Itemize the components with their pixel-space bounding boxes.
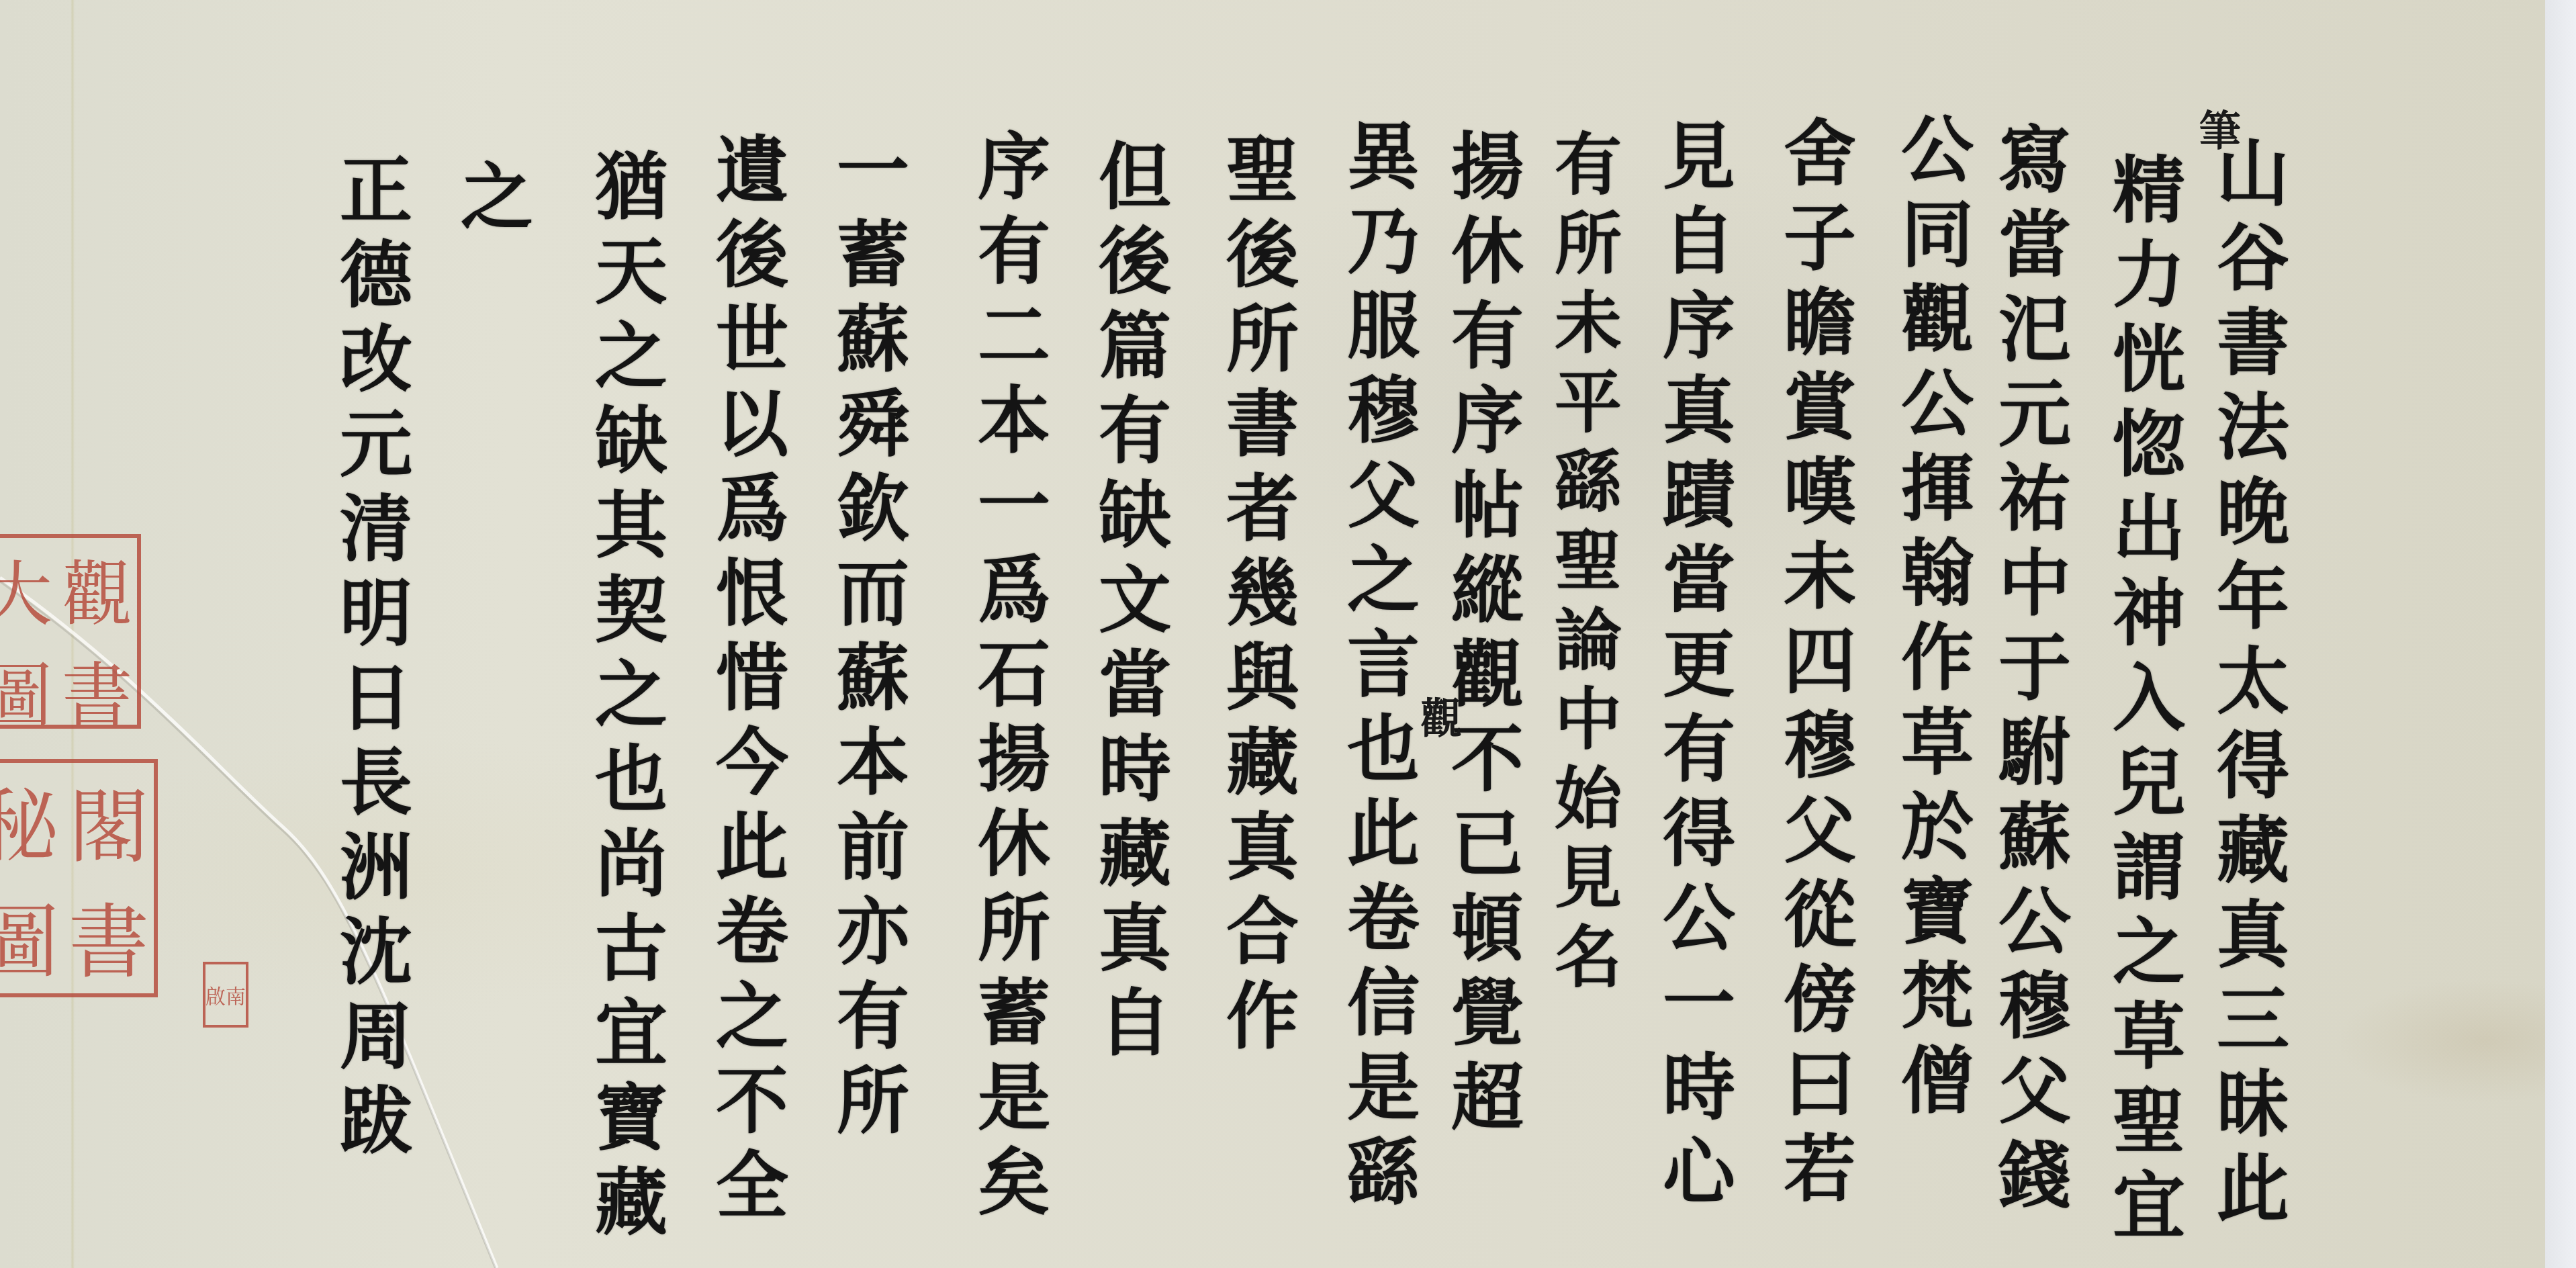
character: 瞻 bbox=[1784, 287, 1856, 371]
text-column: 寫當汜元祐中于駙蘇公穆父錢 bbox=[1994, 124, 2075, 1224]
character: 父 bbox=[1784, 795, 1856, 879]
character: 天 bbox=[595, 236, 668, 320]
character: 猶 bbox=[595, 151, 668, 236]
seal-char: 圖 bbox=[0, 639, 57, 741]
character: 所 bbox=[837, 1065, 909, 1150]
character: 寶 bbox=[1901, 876, 1974, 960]
character: 有 bbox=[1099, 395, 1171, 480]
character: 入 bbox=[2113, 662, 2185, 747]
character: 真 bbox=[1663, 375, 1735, 459]
character: 後 bbox=[1226, 219, 1299, 304]
character: 繇 bbox=[1347, 1136, 1420, 1221]
seal-char: 圖 bbox=[0, 878, 64, 994]
character: 篇 bbox=[1099, 310, 1171, 395]
seal-char: 書 bbox=[64, 878, 154, 994]
character: 本 bbox=[837, 727, 909, 811]
character: 書 bbox=[1226, 388, 1299, 473]
character: 同 bbox=[1901, 199, 1974, 283]
character: 穆 bbox=[1784, 710, 1856, 795]
text-column: 山谷書法晚年太得藏真三昧此 bbox=[2213, 138, 2293, 1238]
character: 駙 bbox=[1998, 717, 2071, 801]
character: 舍 bbox=[1784, 118, 1856, 202]
character: 乃 bbox=[1347, 206, 1420, 290]
character: 晚 bbox=[2217, 476, 2289, 561]
character: 平 bbox=[1555, 369, 1622, 448]
character: 合 bbox=[1226, 896, 1299, 981]
character: 沈 bbox=[340, 916, 412, 1001]
character: 藏 bbox=[1226, 727, 1299, 811]
character: 古 bbox=[595, 913, 668, 997]
character: 契 bbox=[595, 574, 668, 659]
character: 文 bbox=[1099, 564, 1171, 649]
character: 傍 bbox=[1784, 964, 1856, 1048]
collector-seal-large: 大 觀 圖 書 bbox=[0, 534, 141, 729]
character: 父 bbox=[1347, 459, 1420, 544]
character: 正 bbox=[340, 154, 412, 239]
character: 于 bbox=[1998, 632, 2071, 717]
character: 神 bbox=[2113, 578, 2185, 662]
seal-char: 大 bbox=[0, 538, 57, 639]
character: 錢 bbox=[1998, 1140, 2071, 1224]
character: 之 bbox=[716, 981, 788, 1065]
character: 寶 bbox=[595, 1082, 668, 1167]
character: 序 bbox=[978, 131, 1050, 216]
character: 時 bbox=[1099, 733, 1171, 818]
character: 出 bbox=[2113, 493, 2185, 578]
character: 始 bbox=[1555, 765, 1622, 844]
character: 本 bbox=[978, 385, 1050, 469]
character: 見 bbox=[1663, 121, 1735, 206]
character: 兒 bbox=[2113, 747, 2185, 831]
character: 寫 bbox=[1998, 124, 2071, 209]
character: 欽 bbox=[837, 473, 909, 557]
character: 是 bbox=[978, 1062, 1050, 1146]
character: 宜 bbox=[2113, 1170, 2185, 1255]
character: 此 bbox=[1347, 798, 1420, 882]
character: 服 bbox=[1347, 290, 1420, 375]
character: 一 bbox=[837, 134, 909, 219]
character: 藏 bbox=[2217, 815, 2289, 899]
character: 若 bbox=[1784, 1133, 1856, 1218]
text-column: 序有二本一爲石揚休所蓄是矣 bbox=[974, 131, 1054, 1231]
character: 中 bbox=[1555, 686, 1622, 765]
character: 於 bbox=[1901, 791, 1974, 876]
character: 序 bbox=[1663, 290, 1735, 375]
character: 此 bbox=[2217, 1153, 2289, 1238]
character: 元 bbox=[1998, 378, 2071, 463]
character: 所 bbox=[1226, 304, 1299, 388]
character: 精 bbox=[2113, 154, 2185, 239]
character: 從 bbox=[1784, 879, 1856, 964]
character: 公 bbox=[1998, 886, 2071, 970]
character: 亦 bbox=[837, 896, 909, 981]
character: 德 bbox=[340, 239, 412, 324]
character: 論 bbox=[1555, 606, 1622, 686]
character: 其 bbox=[595, 490, 668, 574]
character: 不 bbox=[1451, 723, 1524, 808]
character: 有 bbox=[978, 216, 1050, 300]
character: 是 bbox=[1347, 1052, 1420, 1136]
text-column: 一蓄蘇舜欽而蘇本前亦有所 bbox=[833, 134, 913, 1150]
character: 序 bbox=[1451, 385, 1524, 469]
seal-char: 觀 bbox=[57, 538, 137, 639]
character: 三 bbox=[2217, 984, 2289, 1069]
seal-char: 閣 bbox=[64, 763, 154, 878]
character: 公 bbox=[1663, 882, 1735, 967]
character: 謂 bbox=[2113, 831, 2185, 916]
character: 觀 bbox=[1451, 639, 1524, 723]
character: 得 bbox=[1663, 798, 1735, 882]
character: 已 bbox=[1451, 808, 1524, 893]
seal-char: 秘 bbox=[0, 763, 64, 878]
character: 有 bbox=[837, 981, 909, 1065]
character: 者 bbox=[1226, 473, 1299, 557]
inserted-character: 觀 bbox=[1420, 698, 1462, 740]
character: 穆 bbox=[1347, 375, 1420, 459]
character: 作 bbox=[1901, 622, 1974, 707]
character: 時 bbox=[1663, 1052, 1735, 1136]
character: 聖 bbox=[1226, 134, 1299, 219]
character: 谷 bbox=[2217, 222, 2289, 307]
character: 當 bbox=[1663, 544, 1735, 629]
character: 之 bbox=[595, 659, 668, 743]
character: 縱 bbox=[1451, 554, 1524, 639]
character: 揮 bbox=[1901, 453, 1974, 537]
character: 宜 bbox=[595, 997, 668, 1082]
character: 而 bbox=[837, 557, 909, 642]
character: 之 bbox=[2113, 916, 2185, 1001]
character: 揚 bbox=[978, 723, 1050, 808]
character: 曰 bbox=[1784, 1048, 1856, 1133]
character: 蓄 bbox=[837, 219, 909, 304]
character: 休 bbox=[1451, 216, 1524, 300]
character: 有 bbox=[1663, 713, 1735, 798]
character: 心 bbox=[1663, 1136, 1735, 1221]
character: 四 bbox=[1784, 625, 1856, 710]
character: 周 bbox=[340, 1001, 412, 1085]
character: 當 bbox=[1099, 649, 1171, 733]
text-column: 舍子瞻賞嘆未四穆父從傍曰若 bbox=[1780, 118, 1860, 1218]
character: 所 bbox=[978, 893, 1050, 977]
character: 書 bbox=[2217, 307, 2289, 392]
character: 公 bbox=[1901, 114, 1974, 199]
character: 蘇 bbox=[1998, 801, 2071, 886]
character: 真 bbox=[1099, 903, 1171, 987]
character: 惚 bbox=[2113, 408, 2185, 493]
character: 前 bbox=[837, 811, 909, 896]
character: 太 bbox=[2217, 645, 2289, 730]
character: 蘇 bbox=[837, 304, 909, 388]
text-column: 聖後所書者幾與藏真合作 bbox=[1222, 134, 1303, 1065]
character: 作 bbox=[1226, 981, 1299, 1065]
character: 此 bbox=[716, 811, 788, 896]
text-column: 異乃服穆父之言也此卷信是繇 bbox=[1343, 121, 1424, 1221]
character: 後 bbox=[1099, 226, 1171, 310]
character: 自 bbox=[1663, 206, 1735, 290]
character: 矣 bbox=[978, 1146, 1050, 1231]
character: 一 bbox=[1663, 967, 1735, 1052]
character: 翰 bbox=[1901, 537, 1974, 622]
text-column: 但後篇有缺文當時藏真自 bbox=[1095, 141, 1175, 1072]
character: 洲 bbox=[340, 831, 412, 916]
text-column: 見自序真蹟當更有得公一時心 bbox=[1659, 121, 1739, 1221]
character: 蘇 bbox=[837, 642, 909, 727]
character: 元 bbox=[340, 408, 412, 493]
character: 帖 bbox=[1451, 469, 1524, 554]
character: 子 bbox=[1784, 202, 1856, 287]
character: 所 bbox=[1555, 210, 1622, 289]
right-margin bbox=[2545, 0, 2576, 1268]
character: 卷 bbox=[1347, 882, 1420, 967]
character: 之 bbox=[1347, 544, 1420, 629]
character: 今 bbox=[716, 727, 788, 811]
character: 遺 bbox=[716, 134, 788, 219]
character: 頓 bbox=[1451, 893, 1524, 977]
character: 後 bbox=[716, 219, 788, 304]
character: 日 bbox=[340, 662, 412, 747]
character: 法 bbox=[2217, 392, 2289, 476]
character: 恨 bbox=[716, 557, 788, 642]
character: 藏 bbox=[595, 1167, 668, 1251]
character: 繇 bbox=[1555, 448, 1622, 527]
character: 有 bbox=[1555, 131, 1622, 210]
character: 幾 bbox=[1226, 557, 1299, 642]
seal-char: 啟 bbox=[205, 964, 226, 1025]
character: 爲 bbox=[978, 554, 1050, 639]
character: 父 bbox=[1998, 1055, 2071, 1140]
character: 休 bbox=[978, 808, 1050, 893]
character: 草 bbox=[1901, 707, 1974, 791]
character: 長 bbox=[340, 747, 412, 831]
character: 舜 bbox=[837, 388, 909, 473]
character: 未 bbox=[1784, 541, 1856, 625]
text-column: 公同觀公揮翰作草於寶梵僧 bbox=[1897, 114, 1978, 1130]
character: 缺 bbox=[1099, 480, 1171, 564]
character: 卷 bbox=[716, 896, 788, 981]
character: 不 bbox=[716, 1065, 788, 1150]
character: 覺 bbox=[1451, 977, 1524, 1062]
seal-char: 書 bbox=[57, 639, 137, 741]
character: 揚 bbox=[1451, 131, 1524, 216]
character: 昧 bbox=[2217, 1069, 2289, 1153]
character: 未 bbox=[1555, 289, 1622, 369]
collector-seal-secondary: 秘 閣 圖 書 bbox=[0, 759, 158, 997]
character: 草 bbox=[2113, 1001, 2185, 1085]
character: 之 bbox=[461, 161, 533, 246]
character: 尚 bbox=[595, 828, 668, 913]
character: 一 bbox=[978, 469, 1050, 554]
text-column: 揚休有序帖縱觀不已頓覺超 bbox=[1447, 131, 1528, 1146]
character: 也 bbox=[1347, 713, 1420, 798]
character: 蹟 bbox=[1663, 459, 1735, 544]
character: 得 bbox=[2217, 730, 2289, 815]
character: 惜 bbox=[716, 642, 788, 727]
character: 全 bbox=[716, 1150, 788, 1234]
character: 但 bbox=[1099, 141, 1171, 226]
character: 真 bbox=[1226, 811, 1299, 896]
artist-seal-small: 啟 南 bbox=[203, 962, 248, 1028]
character: 二 bbox=[978, 300, 1050, 385]
character: 穆 bbox=[1998, 970, 2071, 1055]
character: 賞 bbox=[1784, 371, 1856, 456]
character: 當 bbox=[1998, 209, 2071, 293]
character: 力 bbox=[2113, 239, 2185, 324]
character: 中 bbox=[1998, 547, 2071, 632]
character: 觀 bbox=[1901, 283, 1974, 368]
character: 梵 bbox=[1901, 960, 1974, 1045]
character: 名 bbox=[1555, 923, 1622, 1003]
character: 年 bbox=[2217, 561, 2289, 645]
character: 石 bbox=[978, 639, 1050, 723]
character: 自 bbox=[1099, 987, 1171, 1072]
text-column: 有所未平繇聖論中始見名 bbox=[1548, 131, 1628, 1003]
character: 清 bbox=[340, 493, 412, 578]
inserted-character: 筆 bbox=[2199, 111, 2241, 152]
character: 缺 bbox=[595, 405, 668, 490]
text-column: 精力恍惚出神入兒謂之草聖宜 bbox=[2109, 154, 2189, 1255]
seal-char: 南 bbox=[226, 964, 246, 1025]
character: 汜 bbox=[1998, 293, 2071, 378]
text-column: 正德改元清明日長洲沈周跋 bbox=[336, 154, 416, 1170]
character: 有 bbox=[1451, 300, 1524, 385]
text-column: 之 bbox=[457, 161, 537, 246]
character: 蓄 bbox=[978, 977, 1050, 1062]
character: 以 bbox=[716, 388, 788, 473]
character: 見 bbox=[1555, 844, 1622, 923]
character: 明 bbox=[340, 578, 412, 662]
character: 恍 bbox=[2113, 324, 2185, 408]
character: 之 bbox=[595, 320, 668, 405]
character: 僧 bbox=[1901, 1045, 1974, 1130]
character: 真 bbox=[2217, 899, 2289, 984]
character: 信 bbox=[1347, 967, 1420, 1052]
character: 藏 bbox=[1099, 818, 1171, 903]
character: 更 bbox=[1663, 629, 1735, 713]
character: 爲 bbox=[716, 473, 788, 557]
character: 也 bbox=[595, 743, 668, 828]
character: 嘆 bbox=[1784, 456, 1856, 541]
character: 言 bbox=[1347, 629, 1420, 713]
character: 聖 bbox=[2113, 1085, 2185, 1170]
character: 與 bbox=[1226, 642, 1299, 727]
text-column: 遺後世以爲恨惜今此卷之不全 bbox=[712, 134, 792, 1234]
character: 聖 bbox=[1555, 527, 1622, 606]
character: 改 bbox=[340, 324, 412, 408]
character: 公 bbox=[1901, 368, 1974, 453]
character: 世 bbox=[716, 304, 788, 388]
character: 跋 bbox=[340, 1085, 412, 1170]
character: 異 bbox=[1347, 121, 1420, 206]
character: 超 bbox=[1451, 1062, 1524, 1146]
character: 祐 bbox=[1998, 463, 2071, 547]
text-column: 猶天之缺其契之也尚古宜寶藏 bbox=[591, 151, 672, 1251]
